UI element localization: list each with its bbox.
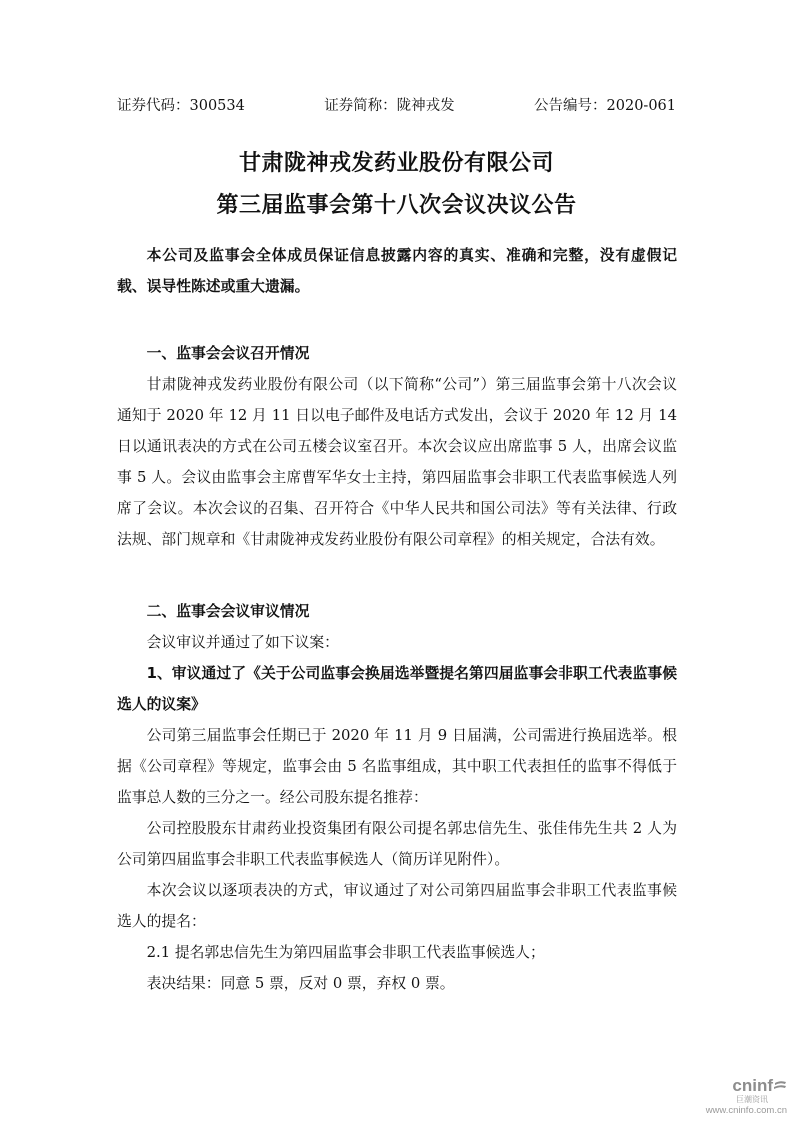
watermark-brand: cninf (697, 1077, 787, 1095)
section1-heading: 一、监事会会议召开情况 (117, 338, 677, 369)
stock-abbreviation: 证券简称：陇神戎发 (324, 94, 455, 114)
vote-result-2-1: 表决结果：同意 5 票，反对 0 票，弃权 0 票。 (117, 968, 677, 999)
section-meeting-review: 二、监事会会议审议情况 会议审议并通过了如下议案： 1、审议通过了《关于公司监事… (117, 596, 677, 999)
announcement-title: 第三届监事会第十八次会议决议公告 (0, 188, 793, 219)
company-title: 甘肃陇神戎发药业股份有限公司 (0, 146, 793, 177)
section2-heading: 二、监事会会议审议情况 (117, 596, 677, 627)
section1-body: 甘肃陇神戎发药业股份有限公司（以下简称“公司”）第三届监事会第十八次会议通知于 … (117, 369, 677, 555)
watermark-brand-cn: 巨潮资讯 (697, 1095, 787, 1105)
motion-1-para-2: 公司控股股东甘肃药业投资集团有限公司提名郭忠信先生、张佳伟先生共 2 人为公司第… (117, 813, 677, 875)
motion-1-para-3: 本次会议以逐项表决的方式，审议通过了对公司第四届监事会非职工代表监事候选人的提名… (117, 875, 677, 937)
section2-intro: 会议审议并通过了如下议案： (117, 627, 677, 658)
watermark-url: www.cninfo.com.cn (697, 1105, 787, 1116)
section-meeting-convening: 一、监事会会议召开情况 甘肃陇神戎发药业股份有限公司（以下简称“公司”）第三届监… (117, 338, 677, 555)
motion-1-para-1: 公司第三届监事会任期已于 2020 年 11 月 9 日届满，公司需进行换届选举… (117, 720, 677, 813)
motion-1-sub-2-1: 2.1 提名郭忠信先生为第四届监事会非职工代表监事候选人； (117, 937, 677, 968)
motion-1-title: 1、审议通过了《关于公司监事会换届选举暨提名第四届监事会非职工代表监事候选人的议… (117, 658, 677, 720)
document-header: 证券代码：300534 证券简称：陇神戎发 公告编号：2020-061 (117, 94, 676, 114)
notice-number: 公告编号：2020-061 (534, 94, 676, 114)
disclosure-statement: 本公司及监事会全体成员保证信息披露内容的真实、准确和完整，没有虚假记载、误导性陈… (117, 240, 677, 302)
cninfo-logo-icon (773, 1080, 787, 1092)
cninfo-watermark: cninf 巨潮资讯 www.cninfo.com.cn (697, 1077, 787, 1116)
stock-code: 证券代码：300534 (117, 94, 245, 114)
